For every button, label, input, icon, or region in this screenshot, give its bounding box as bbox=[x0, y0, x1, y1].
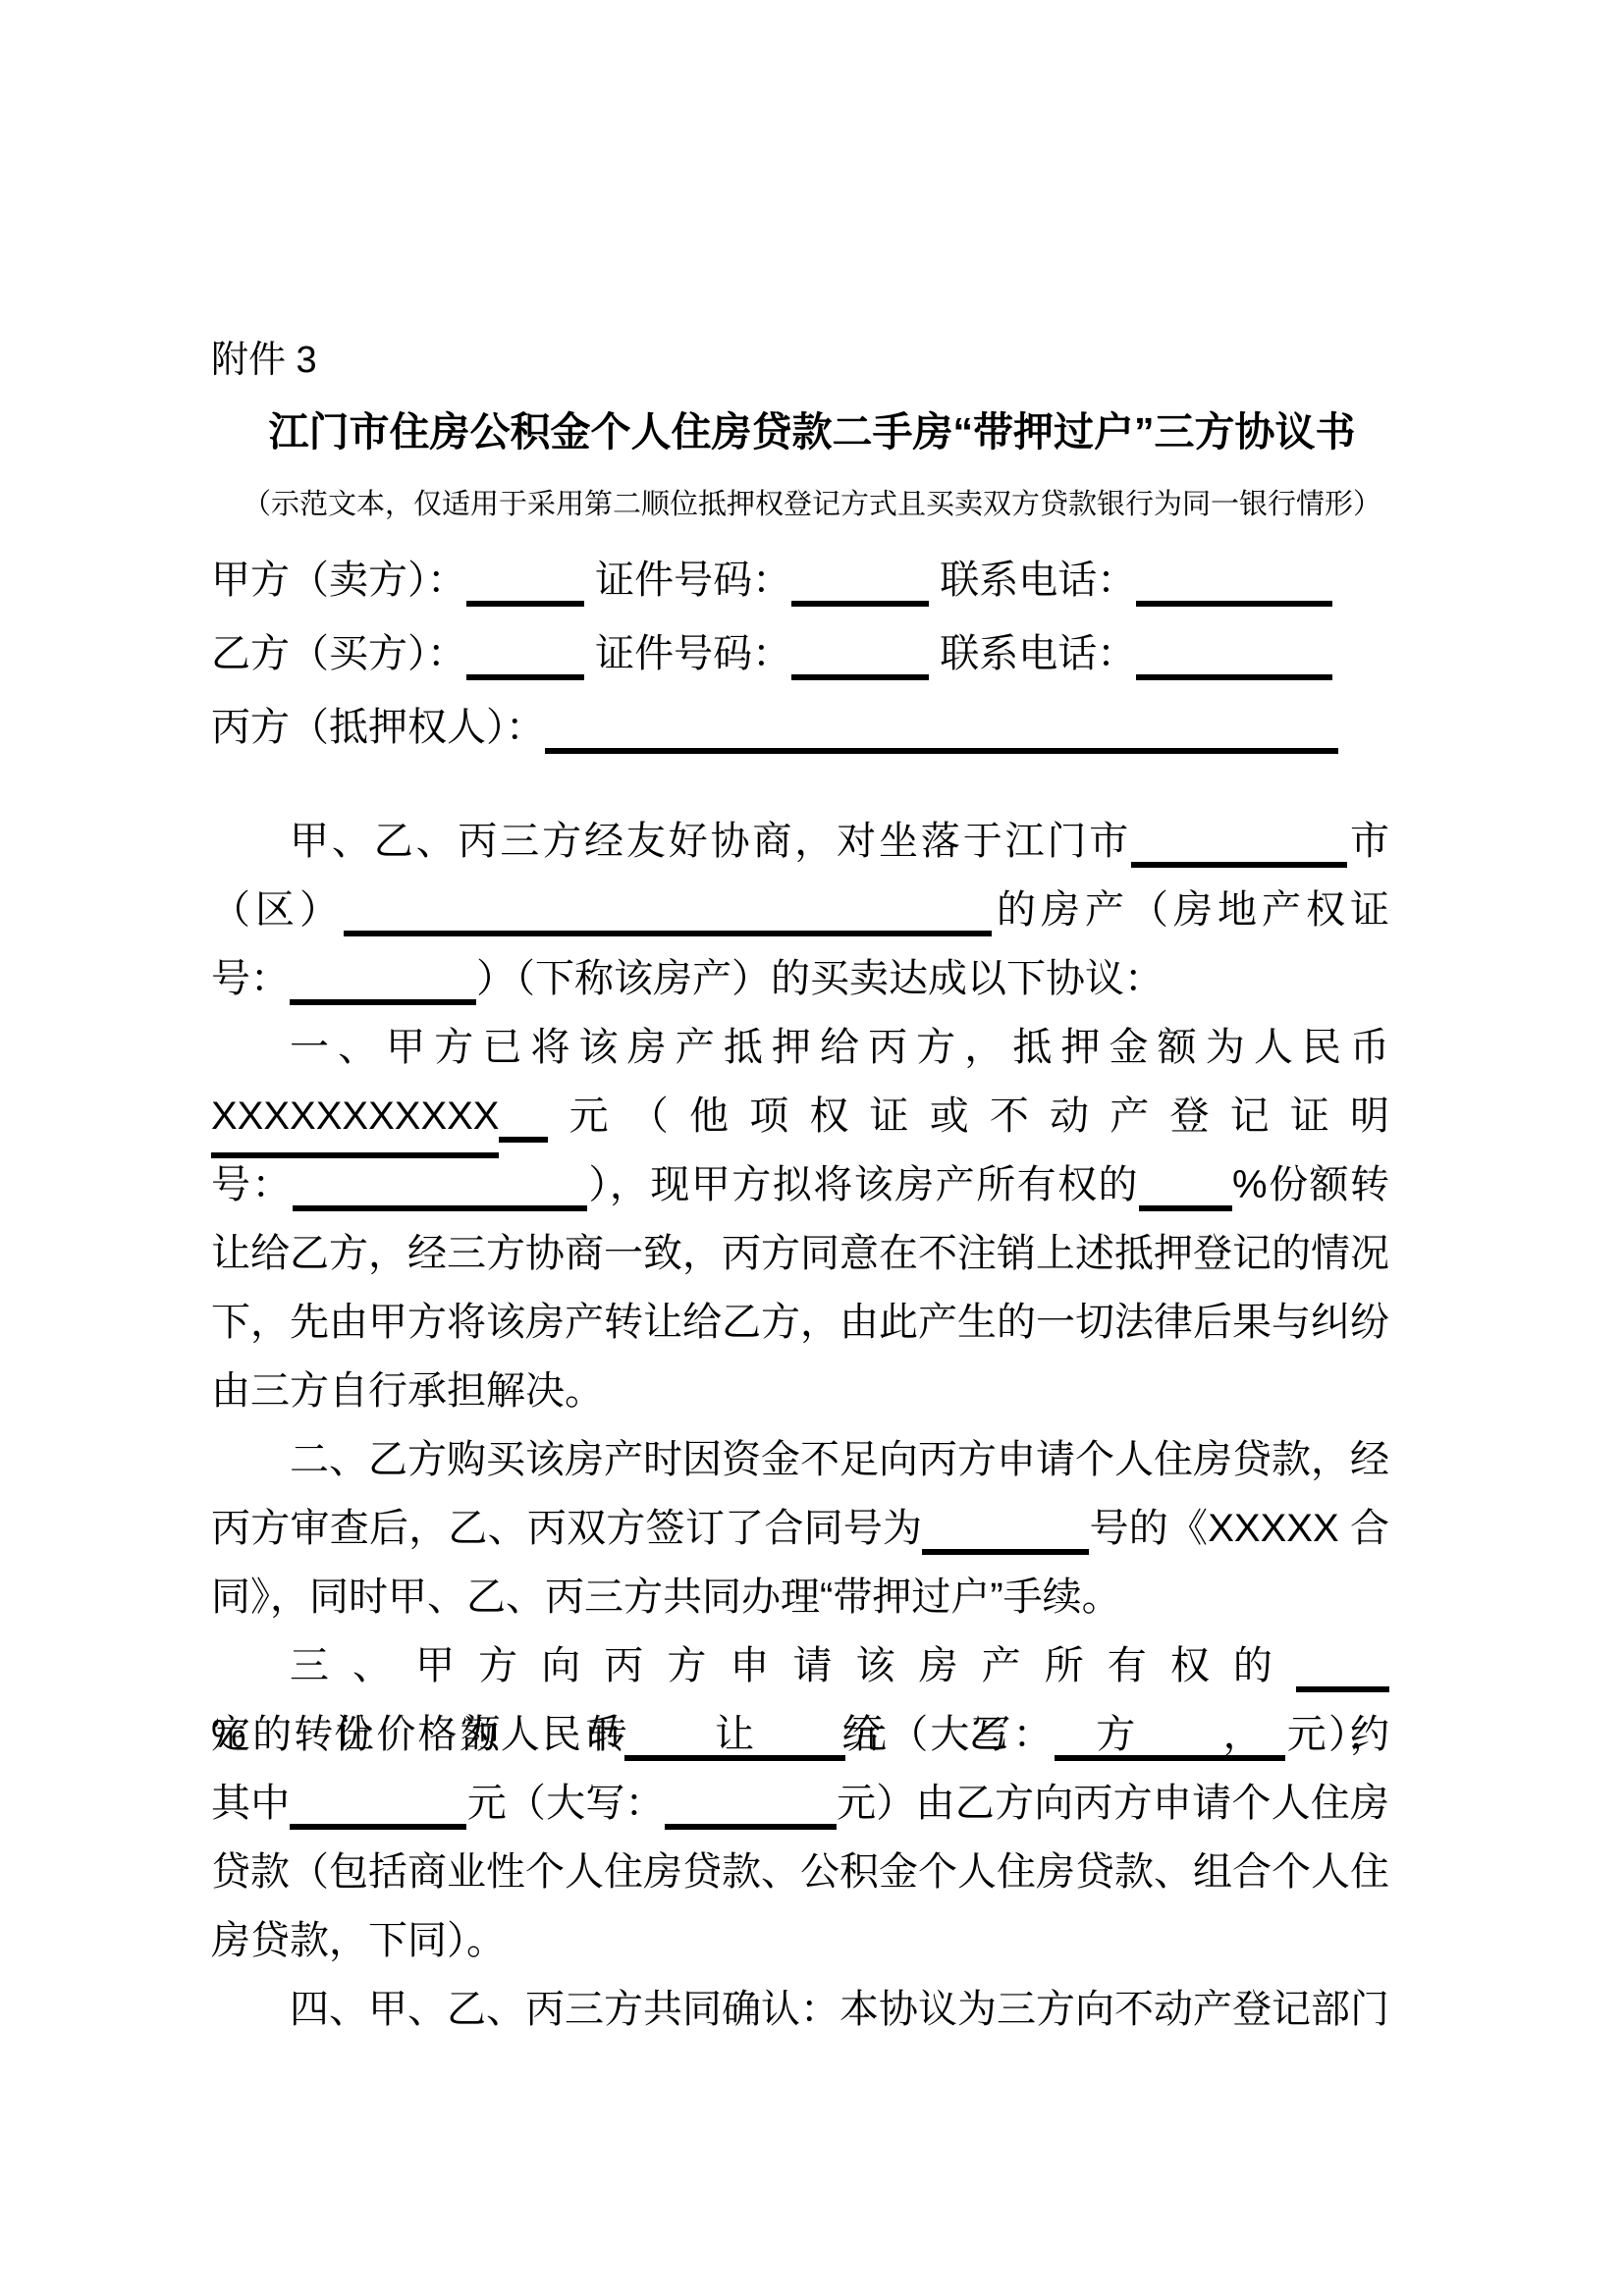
text-segment: 房贷款，下同）。 bbox=[211, 1919, 506, 1962]
text-segment: 一、甲方已将该房产抵押给丙方，抵押金额为人民币 bbox=[290, 1026, 1389, 1069]
text-line: 二、乙方购买该房产时因资金不足向丙方申请个人住房贷款，经 bbox=[211, 1425, 1389, 1494]
text-line: 下，先由甲方将该房产转让给乙方，由此产生的一切法律后果与纠纷 bbox=[211, 1288, 1389, 1357]
blank-underline-field bbox=[344, 930, 992, 936]
text-line: XXXXXXXXXXX元（他项权证或不动产登记证明 bbox=[211, 1082, 1389, 1150]
text-segment: 贷款（包括商业性个人住房贷款、公积金个人住房贷款、组合个人住 bbox=[211, 1850, 1389, 1894]
text-line: 由三方自行承担解决。 bbox=[211, 1357, 1389, 1425]
text-segment: 下，先由甲方将该房产转让给乙方，由此产生的一切法律后果与纠纷 bbox=[211, 1301, 1389, 1344]
agreement-body: 甲、乙、丙三方经友好协商，对坐落于江门市市（区）的房产（房地产权证号：）（下称该… bbox=[211, 807, 1389, 2044]
text-line: 一、甲方已将该房产抵押给丙方，抵押金额为人民币 bbox=[211, 1013, 1389, 1082]
text-segment: 甲方（卖方）： bbox=[211, 559, 466, 602]
text-segment: 市 bbox=[1347, 820, 1389, 863]
text-segment: 证件号码： bbox=[584, 559, 791, 602]
text-segment: 甲、乙、丙三方经友好协商，对坐落于江门市 bbox=[290, 820, 1131, 863]
text-segment: ）（下称该房产）的买卖达成以下协议： bbox=[476, 957, 1164, 1000]
blank-underline-field bbox=[791, 600, 929, 607]
text-line: 丙方（抵押权人）： bbox=[211, 691, 1389, 765]
text-segment: 号的《XXXXX 合 bbox=[1089, 1507, 1389, 1550]
text-line: 甲方（卖方）： 证件号码： 联系电话： bbox=[211, 544, 1389, 617]
text-segment: 元（大写： bbox=[845, 1713, 1055, 1756]
text-segment: （区） bbox=[211, 888, 344, 932]
blank-underline-field bbox=[922, 1548, 1089, 1555]
text-segment: 定的转让价格为人民币 bbox=[211, 1713, 624, 1756]
text-segment: 三、甲方向丙方申请该房产所有权的 bbox=[290, 1644, 1296, 1687]
text-segment: 号： bbox=[211, 957, 290, 1000]
party-info-block: 甲方（卖方）： 证件号码： 联系电话：乙方（买方）： 证件号码： 联系电话：丙方… bbox=[211, 544, 1389, 765]
text-segment: 四、甲、乙、丙三方共同确认：本协议为三方向不动产登记部门 bbox=[290, 1988, 1389, 2031]
text-segment: 元）由乙方向丙方申请个人住房 bbox=[837, 1782, 1389, 1825]
text-line: 贷款（包括商业性个人住房贷款、公积金个人住房贷款、组合个人住 bbox=[211, 1838, 1389, 1906]
blank-underline-field bbox=[624, 1754, 845, 1761]
text-line: 四、甲、乙、丙三方共同确认：本协议为三方向不动产登记部门 bbox=[211, 1975, 1389, 2044]
text-segment: 丙方审查后，乙、丙双方签订了合同号为 bbox=[211, 1507, 922, 1550]
blank-underline-field bbox=[791, 673, 929, 680]
blank-underline-field bbox=[1296, 1685, 1389, 1692]
text-segment: %份额转 bbox=[1232, 1163, 1389, 1206]
blank-underline-field bbox=[1139, 1204, 1232, 1211]
blank-underline-field bbox=[1055, 1754, 1285, 1761]
text-segment: 联系电话： bbox=[929, 632, 1136, 675]
text-line: 同》，同时甲、乙、丙三方共同办理“带押过户”手续。 bbox=[211, 1563, 1389, 1631]
text-segment: 号： bbox=[211, 1163, 293, 1206]
document-subtitle: （示范文本，仅适用于采用第二顺位抵押权登记方式且买卖双方贷款银行为同一银行情形） bbox=[59, 485, 1565, 524]
text-line: 甲、乙、丙三方经友好协商，对坐落于江门市市 bbox=[211, 807, 1389, 876]
text-segment: 联系电话： bbox=[929, 559, 1136, 602]
blank-underline-field bbox=[290, 1823, 466, 1830]
text-segment: 二、乙方购买该房产时因资金不足向丙方申请个人住房贷款，经 bbox=[290, 1438, 1389, 1481]
text-line: （区）的房产（房地产权证 bbox=[211, 876, 1389, 944]
text-line: 三、甲方向丙方申请该房产所有权的%份额转让给乙方，约 bbox=[211, 1631, 1389, 1700]
blank-underline-field bbox=[1136, 673, 1332, 680]
blank-underline-field bbox=[499, 1136, 548, 1143]
blank-underline-field bbox=[293, 1204, 587, 1211]
text-line: 号：），现甲方拟将该房产所有权的%份额转 bbox=[211, 1150, 1389, 1219]
text-line: 定的转让价格为人民币元（大写：元）， bbox=[211, 1700, 1389, 1769]
blank-underline-field bbox=[545, 747, 1338, 754]
document-page: 附件 3 江门市住房公积金个人住房贷款二手房“带押过户”三方协议书 （示范文本，… bbox=[0, 0, 1624, 2296]
document-title: 江门市住房公积金个人住房贷款二手房“带押过户”三方协议书 bbox=[108, 406, 1516, 457]
underlined-placeholder-text: XXXXXXXXXXX bbox=[211, 1082, 499, 1158]
text-segment: 丙方（抵押权人）： bbox=[211, 706, 545, 749]
text-segment: 元）， bbox=[1285, 1713, 1389, 1756]
blank-underline-field bbox=[1136, 600, 1332, 607]
text-line: 其中元（大写：元）由乙方向丙方申请个人住房 bbox=[211, 1769, 1389, 1838]
text-segment: 乙方（买方）： bbox=[211, 632, 466, 675]
text-line: 乙方（买方）： 证件号码： 联系电话： bbox=[211, 617, 1389, 691]
blank-underline-field bbox=[466, 600, 584, 607]
text-segment: 的房产（房地产权证 bbox=[992, 888, 1389, 932]
text-segment: 元（他项权证或不动产登记证明 bbox=[548, 1095, 1389, 1138]
text-segment: ），现甲方拟将该房产所有权的 bbox=[587, 1163, 1139, 1206]
text-line: 号：）（下称该房产）的买卖达成以下协议： bbox=[211, 944, 1389, 1013]
text-line: 丙方审查后，乙、丙双方签订了合同号为号的《XXXXX 合 bbox=[211, 1494, 1389, 1563]
text-segment: 同》，同时甲、乙、丙三方共同办理“带押过户”手续。 bbox=[211, 1575, 1121, 1619]
blank-underline-field bbox=[290, 998, 476, 1005]
text-segment: 其中 bbox=[211, 1782, 290, 1825]
blank-underline-field bbox=[1131, 861, 1347, 868]
text-line: 让给乙方，经三方协商一致，丙方同意在不注销上述抵押登记的情况 bbox=[211, 1219, 1389, 1288]
blank-underline-field bbox=[466, 673, 584, 680]
text-segment: 证件号码： bbox=[584, 632, 791, 675]
blank-underline-field bbox=[665, 1823, 837, 1830]
text-segment: 元（大写： bbox=[466, 1782, 664, 1825]
text-line: 房贷款，下同）。 bbox=[211, 1906, 1389, 1975]
attachment-label: 附件 3 bbox=[211, 336, 317, 385]
text-segment: 由三方自行承担解决。 bbox=[211, 1369, 604, 1413]
text-segment: 让给乙方，经三方协商一致，丙方同意在不注销上述抵押登记的情况 bbox=[211, 1232, 1389, 1275]
